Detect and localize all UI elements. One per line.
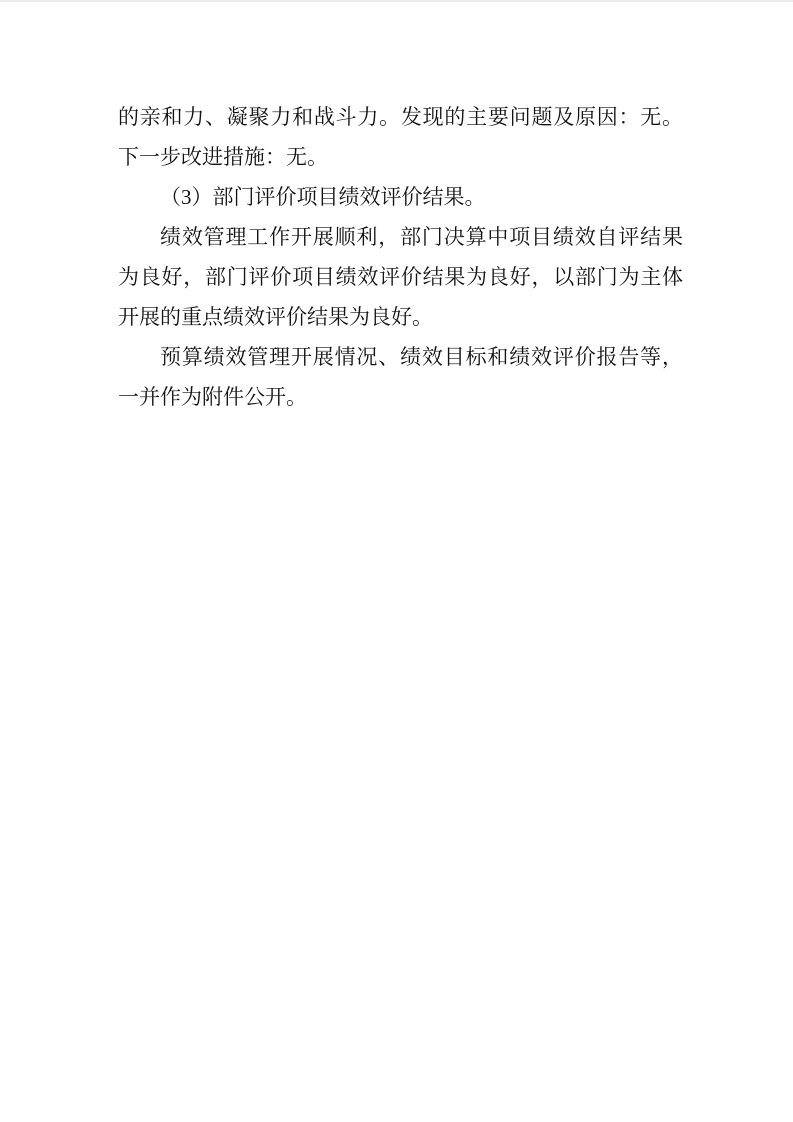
text-line: 绩效管理工作开展顺利，部门决算中项目绩效自评结果 xyxy=(118,217,683,257)
page-top-edge xyxy=(0,0,793,2)
text-line: 预算绩效管理开展情况、绩效目标和绩效评价报告等， xyxy=(118,337,683,377)
text-line: 开展的重点绩效评价结果为良好。 xyxy=(118,297,683,337)
text-line: 一并作为附件公开。 xyxy=(118,377,683,417)
text-line: 下一步改进措施：无。 xyxy=(118,137,683,177)
text-block: 的亲和力、凝聚力和战斗力。发现的主要问题及原因：无。 下一步改进措施：无。 （3… xyxy=(118,97,683,417)
text-line: （3）部门评价项目绩效评价结果。 xyxy=(118,177,683,217)
document-page: 的亲和力、凝聚力和战斗力。发现的主要问题及原因：无。 下一步改进措施：无。 （3… xyxy=(0,0,793,1122)
text-line: 的亲和力、凝聚力和战斗力。发现的主要问题及原因：无。 xyxy=(118,97,683,137)
text-line: 为良好，部门评价项目绩效评价结果为良好，以部门为主体 xyxy=(118,257,683,297)
